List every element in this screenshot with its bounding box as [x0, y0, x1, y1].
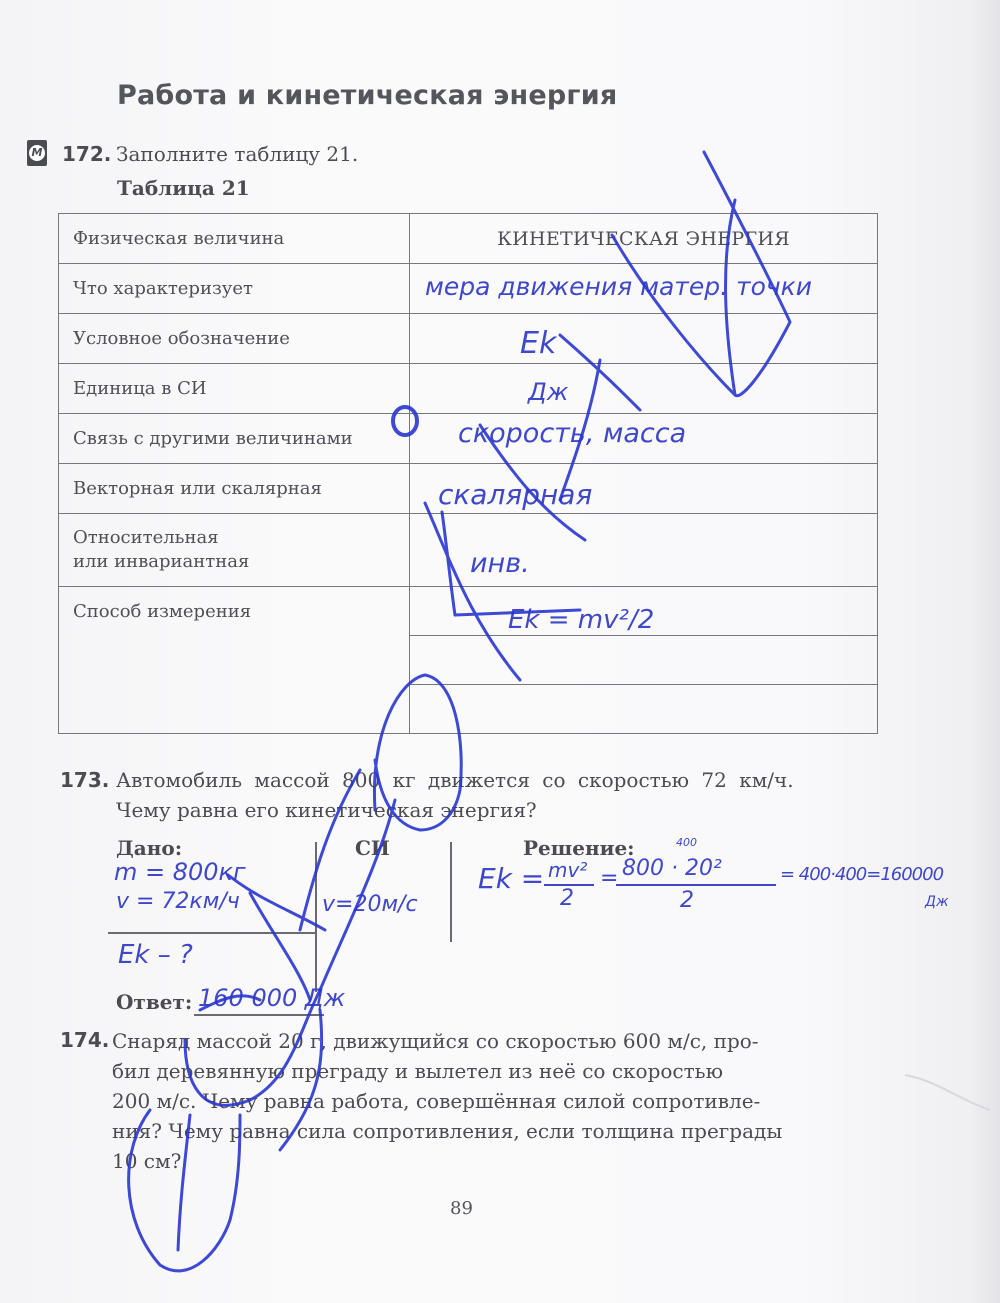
handwritten-answer: Ek = mv²/2	[508, 605, 654, 635]
answer-cell[interactable]	[410, 364, 878, 414]
si-solution-divider	[450, 842, 452, 942]
answer-value[interactable]: 160 000 Дж	[198, 984, 345, 1012]
table-caption: Таблица 21	[117, 176, 250, 200]
given-velocity: v = 72км/ч	[116, 889, 240, 914]
badge-letter: M	[29, 145, 45, 161]
solution-unit: Дж	[925, 894, 949, 910]
task-174-line: бил деревянную преграду и вылетел из неё…	[112, 1056, 872, 1086]
given-mass: m = 800кг	[114, 858, 246, 886]
answer-label: Ответ:	[116, 990, 192, 1014]
solution-lhs: Ek =	[478, 862, 544, 895]
solution-note-above: 400	[676, 836, 697, 849]
page-edge-shadow	[970, 0, 1000, 1303]
solution-eq: =	[600, 866, 618, 891]
handwritten-answer: Ek	[520, 326, 556, 361]
row-label: Единица в СИ	[59, 364, 410, 414]
task-172-number: 172.	[62, 142, 111, 166]
table-row: Условное обозначение	[59, 314, 878, 364]
task-174-number: 174.	[60, 1028, 109, 1052]
task-174-line: 200 м/с. Чему равна работа, совершённая …	[112, 1086, 872, 1116]
table-row: Способ измерения	[59, 587, 878, 636]
row-label: Связь с другими величинами	[59, 414, 410, 464]
given-label: Дано:	[116, 836, 182, 860]
handwritten-answer: скалярная	[438, 478, 592, 511]
find-value: Ek – ?	[118, 940, 193, 970]
answer-cell-extra[interactable]	[410, 685, 878, 734]
row-label-line2: или инвариантная	[73, 550, 395, 574]
fraction-bar	[616, 884, 776, 886]
solution-frac2-num: 800 · 20²	[622, 856, 722, 881]
task-174-text: Снаряд массой 20 г, движущийся со скорос…	[112, 1026, 872, 1176]
task-174-line: 10 см?	[112, 1146, 872, 1176]
row-label: Относительная или инвариантная	[59, 514, 410, 587]
row-label: Что характеризует	[59, 264, 410, 314]
section-title: Работа и кинетическая энергия	[117, 80, 617, 111]
task-173-text-line2: Чему равна его кинетическая энергия?	[116, 798, 537, 822]
task-173-text-line1: Автомобиль массой 800 кг движется со ско…	[116, 768, 794, 792]
handwritten-answer: инв.	[470, 548, 530, 579]
row-label: Способ измерения	[59, 587, 410, 734]
table-row: Физическая величина КИНЕТИЧЕСКАЯ ЭНЕРГИЯ	[59, 214, 878, 264]
handwritten-answer: Дж	[528, 378, 568, 406]
row-label: Условное обозначение	[59, 314, 410, 364]
row-label-line1: Относительная	[73, 526, 395, 550]
solution-frac1-num: mv²	[548, 858, 587, 882]
answer-cell[interactable]	[410, 314, 878, 364]
answer-cell-extra[interactable]	[410, 636, 878, 685]
si-label: СИ	[355, 836, 390, 860]
task-172-instruction: Заполните таблицу 21.	[116, 142, 358, 166]
handwritten-answer: скорость, масса	[458, 418, 686, 449]
solution-frac2-den: 2	[680, 888, 694, 913]
given-find-divider	[108, 932, 316, 934]
si-value: v=20м/с	[322, 892, 418, 917]
solution-label: Решение:	[523, 836, 635, 860]
task-174-line: ния? Чему равна сила сопротивления, если…	[112, 1116, 872, 1146]
workbook-page: Работа и кинетическая энергия M 172. Зап…	[0, 0, 1000, 1303]
row-label: Векторная или скалярная	[59, 464, 410, 514]
m-badge-icon: M	[27, 140, 47, 166]
table-header-value: КИНЕТИЧЕСКАЯ ЭНЕРГИЯ	[410, 214, 878, 264]
table-row: Единица в СИ	[59, 364, 878, 414]
handwritten-answer: мера движения матер. точки	[425, 272, 812, 301]
solution-frac1-den: 2	[560, 886, 574, 911]
page-number: 89	[450, 1198, 473, 1219]
table-header-label: Физическая величина	[59, 214, 410, 264]
table-row: Относительная или инвариантная	[59, 514, 878, 587]
given-si-divider	[315, 842, 317, 992]
task-174-line: Снаряд массой 20 г, движущийся со скорос…	[112, 1026, 872, 1056]
task-173-number: 173.	[60, 768, 109, 792]
solution-result: = 400·400=160000	[780, 864, 943, 885]
answer-underline	[194, 1014, 324, 1016]
